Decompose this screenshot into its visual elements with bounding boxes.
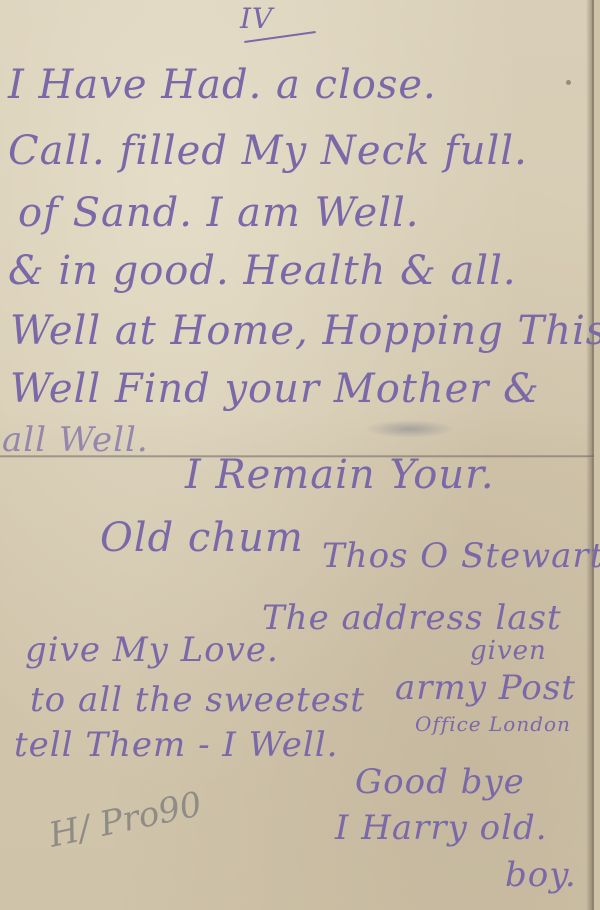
letter-line-4: & in good. Health & all. [8,248,517,294]
ps-army-post: army Post [395,668,576,708]
page-number: IV [240,2,273,35]
ps-address-last: The address last [262,598,562,638]
ink-smudge [365,420,455,438]
pencil-annotation: H/ Pro90 [46,784,206,855]
ps-boy: boy. [505,855,577,895]
letter-line-6: Well Find your Mother & [10,366,540,412]
letter-line-3: of Sand. I am Well. [18,190,419,236]
letter-page: IV I Have Had. a close. Call. filled My … [0,0,594,910]
ps-office-london: Office London [415,712,571,736]
ps-sweetest: to all the sweetest [30,680,365,720]
letter-line-7: all Well. [2,420,149,460]
ps-good-bye: Good bye [355,762,525,802]
letter-line-1: I Have Had. a close. [8,62,437,108]
closing-remain: I Remain Your. [185,452,495,498]
letter-line-2: Call. filled My Neck full. [8,128,528,174]
ps-tell-them: tell Them - I Well. [14,725,338,765]
closing-old-chum: Old chum [100,515,304,561]
ps-harry-old: I Harry old. [335,808,548,848]
ps-give-my-love: give My Love. [25,630,279,670]
ps-given: given [470,636,547,666]
paper-stain [566,80,571,85]
signature: Thos O Stewart [322,536,600,576]
letter-line-5: Well at Home, Hopping This [10,308,600,354]
